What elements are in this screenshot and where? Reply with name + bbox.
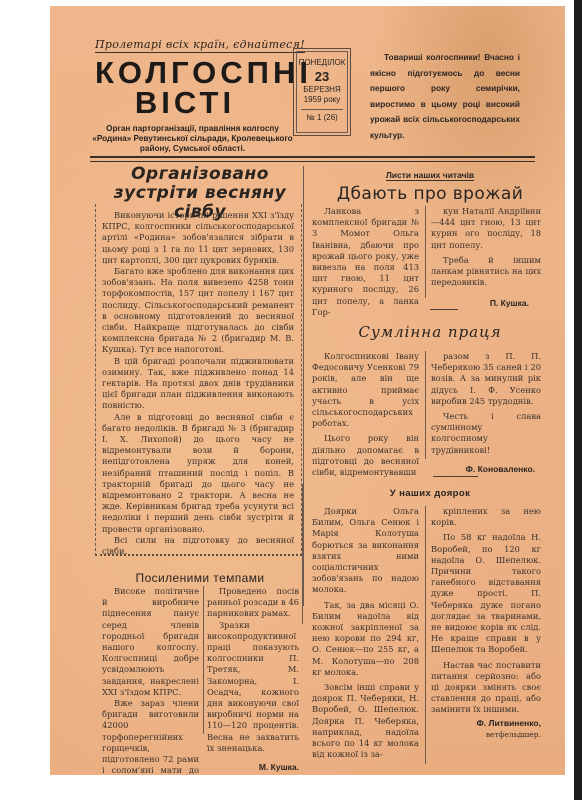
separator-rule [430,309,458,310]
doyar-article-left: Доярки Ольга Билим, Ольга Сенюк і Марія … [312,506,419,760]
posyl-article-right: Проведено посів ранньої розсади в 46 пар… [207,586,299,773]
paragraph: Вже зараз члени бригади виготовили 42000… [102,698,199,775]
paragraph: Всі сили на підготовку до весняної сівби… [102,535,294,557]
posyl-article-left: Високе політичне й виробниче піднесення … [102,586,199,775]
dbay-article-title: Дбають про врожай [315,184,545,204]
page-column-divider [303,166,304,606]
paragraph: По 58 кг надоїла Н. Воробей, по 120 кг н… [431,532,541,655]
date-box: ПОНЕДІЛОК 23 БЕРЕЗНЯ 1959 року № 1 (26) [293,48,351,136]
posyl-author: М. Кушка. [207,762,299,773]
column-divider [425,206,426,298]
doyar-article-title: У наших доярок [315,488,545,499]
newspaper-page: Пролетарі всіх країн, єднайтеся! КОЛГОСП… [50,6,565,775]
paragraph: разом з П. П. Чеберякою 35 саней і 20 во… [431,351,541,407]
dbay-article-right: кун Наталії Андріївни —444 цнт гною, 13 … [431,206,541,310]
paragraph: Ланкова з комплексної бригади № 3 Момот … [312,206,419,318]
slogan: Пролетарі всіх країн, єднайтеся! [95,38,305,53]
paragraph: В цій бригаді розпочали підживлювати ози… [102,356,294,412]
publisher-line: Орган парторганізації, правління колгосп… [90,124,295,154]
separator-rule [433,476,478,477]
dbay-article-left: Ланкова з комплексної бригади № 3 Момот … [312,206,419,318]
paragraph: Колгоспникові Івану Федосовичу Усенкові … [312,351,419,429]
weekday: ПОНЕДІЛОК [297,58,347,69]
month: БЕРЕЗНЯ [297,85,347,96]
date-divider [301,109,343,110]
rubric-label: Листи наших читачів [386,170,474,181]
sumlin-article-right: разом з П. П. Чеберякою 35 саней і 20 во… [431,351,541,475]
main-article-body: Виконуючи історичні рішення XXI з'їзду К… [102,210,294,557]
posyl-article-title: Посиленими темпами [95,571,305,585]
page-column-divider-lower [302,484,303,624]
column-divider [203,586,204,734]
paragraph: Настав час поставити питання серйозно: а… [431,660,541,716]
front-appeal: Товариші колгоспники! Вчасно і якісно пі… [370,50,520,144]
paragraph: Але в підготовці до весняної сівби є баг… [102,412,294,535]
masthead-line-1: КОЛГОСПНІ [95,58,275,88]
paragraph: кун Наталії Андріївни —444 цнт гною, 13 … [431,206,541,251]
masthead-rule [90,156,535,162]
scan-edge [574,0,582,800]
paragraph: Честь і слава сумлінному колгоспному тру… [431,411,541,456]
paragraph: Виконуючи історичні рішення XXI з'їзду К… [102,210,294,266]
paragraph: Проведено посів ранньої розсади в 46 пар… [207,586,299,620]
paragraph: Зовсім інші справи у доярок П. Чеберяки,… [312,682,419,760]
day: 23 [297,69,347,85]
paragraph: Так, за два місяці О. Билим надоїла від … [312,600,419,678]
dbay-author: П. Кушка. [431,298,541,309]
doyar-author: Ф. Литвиненко, [431,718,541,729]
sumlin-article-left: Колгоспникові Івану Федосовичу Усенкові … [312,351,419,478]
sumlin-author: Ф. Коноваленко. [431,464,541,475]
doyar-article-right: кріплених за нею корів. По 58 кг надоїла… [431,506,541,740]
column-divider [425,351,426,459]
paragraph: Високе політичне й виробниче піднесення … [102,586,199,698]
paragraph: Доярки Ольга Билим, Ольга Сенюк і Марія … [312,506,419,596]
year: 1959 року [297,95,347,106]
paragraph: Багато вже зроблено для виконання цих зо… [102,266,294,356]
paragraph: Цього року він діяльно допомагає в підго… [312,433,419,478]
column-divider [425,506,426,764]
rubric-letters: Листи наших читачів [315,170,545,180]
masthead-title: КОЛГОСПНІ ВІСТІ [95,58,275,118]
paragraph: Треба й іншим ланкам рівнятись на цих пе… [431,255,541,289]
paragraph: Зразки високопродуктивної праці показуют… [207,620,299,754]
issue-number: № 1 (26) [297,113,347,124]
doyar-author-role: ветфельдшер. [431,729,541,740]
date-box-frame: ПОНЕДІЛОК 23 БЕРЕЗНЯ 1959 року № 1 (26) [296,51,348,133]
masthead-line-2: ВІСТІ [95,88,275,118]
paragraph: кріплених за нею корів. [431,506,541,528]
sumlin-article-title: Сумлінна праця [315,323,545,341]
